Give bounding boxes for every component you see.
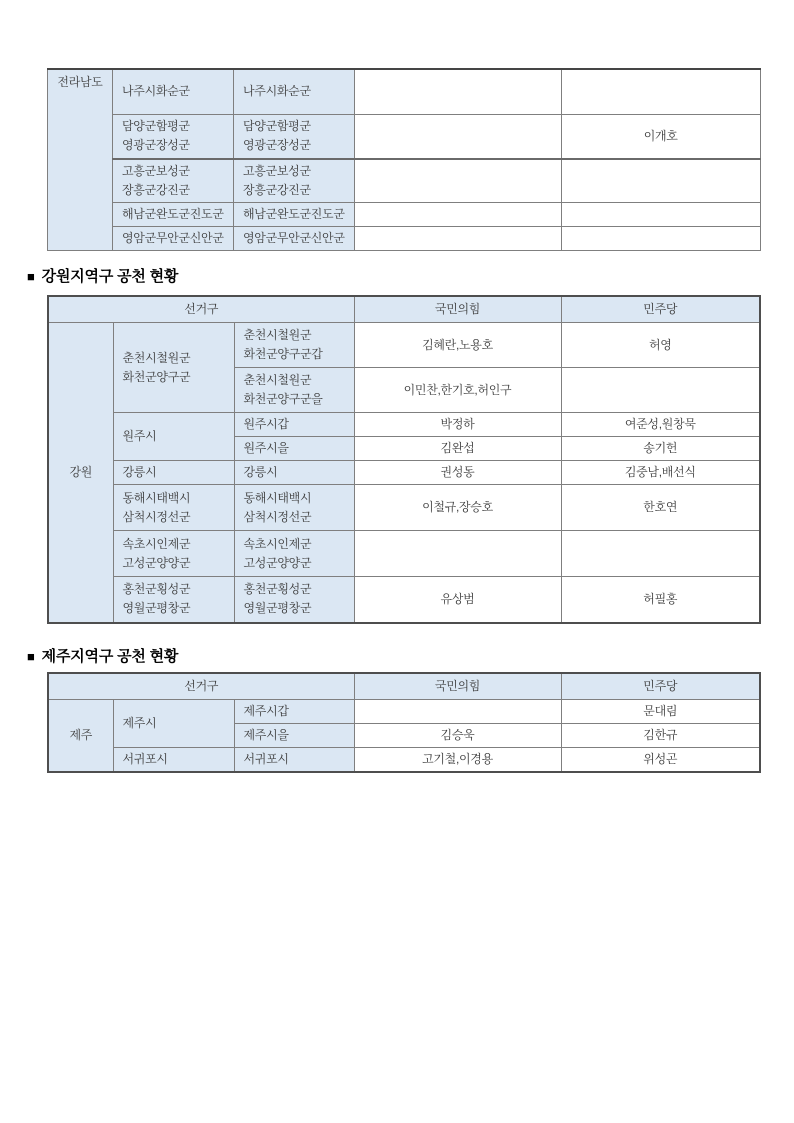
cell-text-line: 홍천군횡성군 — [123, 580, 225, 599]
cell-text-line: 장흥군강진군 — [122, 181, 224, 200]
jeju-nomination-table: 선거구국민의힘민주당제주제주시제주시갑문대림제주시을김승욱김한규서귀포시서귀포시… — [47, 672, 761, 773]
cell-text-line: 원주시을 — [244, 439, 345, 458]
district-cell: 동해시태백시삼척시정선군 — [234, 485, 354, 531]
table-row: 고흥군보성군장흥군강진군고흥군보성군장흥군강진군 — [48, 159, 761, 203]
dp-candidate-cell: 허필홍 — [561, 577, 760, 623]
cell-text-line: 강릉시 — [244, 463, 345, 482]
cell-text-line: 속초시인제군 — [244, 535, 345, 554]
district-cell: 춘천시철원군화천군양구군갑 — [234, 323, 354, 368]
district-cell: 원주시을 — [234, 437, 354, 461]
table-row: 서귀포시서귀포시고기철,이경용위성곤 — [48, 747, 760, 772]
cell-text-line: 화천군양구군 — [123, 368, 225, 387]
district-cell: 나주시화순군 — [234, 69, 355, 114]
table-row: 전라남도나주시화순군나주시화순군 — [48, 69, 761, 114]
cell-text-line: 제주시갑 — [244, 702, 345, 721]
district-cell: 서귀포시 — [234, 747, 354, 772]
table-row: 원주시원주시갑박정하여준성,원창묵 — [48, 413, 760, 437]
dp-candidate-cell — [561, 368, 760, 413]
district-cell: 고흥군보성군장흥군강진군 — [234, 159, 355, 203]
dp-candidate-cell: 허영 — [561, 323, 760, 368]
region-cell: 강원 — [48, 323, 113, 623]
ppp-candidate-cell — [354, 159, 561, 203]
cell-text-line: 나주시화순군 — [122, 82, 224, 101]
section-title-text: 강원지역구 공천 현황 — [42, 268, 179, 285]
district-group-cell: 속초시인제군고성군양양군 — [113, 531, 234, 577]
dp-candidate-cell — [561, 531, 760, 577]
cell-text-line: 영광군장성군 — [243, 136, 345, 155]
cell-text-line: 해남군완도군진도군 — [243, 205, 345, 224]
cell-text-line: 장흥군강진군 — [243, 181, 345, 200]
section-title-jeju: ■제주지역구 공천 현황 — [27, 648, 794, 666]
square-bullet-icon: ■ — [27, 269, 35, 284]
dp-candidate-cell — [561, 159, 760, 203]
section-title-gangwon: ■강원지역구 공천 현황 — [27, 268, 794, 286]
document-page: 전라남도나주시화순군나주시화순군담양군함평군영광군장성군담양군함평군영광군장성군… — [0, 68, 794, 773]
cell-text-line: 나주시화순군 — [243, 82, 345, 101]
ppp-candidate-cell: 유상범 — [354, 577, 561, 623]
district-group-cell: 서귀포시 — [113, 747, 234, 772]
header-ppp: 국민의힘 — [354, 673, 561, 700]
district-group-cell: 제주시 — [113, 699, 234, 747]
dp-candidate-cell: 김한규 — [561, 723, 760, 747]
header-ppp: 국민의힘 — [354, 296, 561, 323]
cell-text-line: 고성군양양군 — [244, 554, 345, 573]
district-cell: 홍천군횡성군영월군평창군 — [234, 577, 354, 623]
region-cell: 제주 — [48, 699, 113, 772]
table-row: 강원춘천시철원군화천군양구군춘천시철원군화천군양구군갑김혜란,노용호허영 — [48, 323, 760, 368]
district-cell: 영암군무안군신안군 — [234, 227, 355, 251]
cell-text-line: 동해시태백시 — [244, 489, 345, 508]
cell-text-line: 춘천시철원군 — [123, 349, 225, 368]
cell-text-line: 담양군함평군 — [243, 117, 345, 136]
district-cell: 강릉시 — [234, 461, 354, 485]
cell-text-line: 제주시을 — [244, 726, 345, 745]
district-cell: 속초시인제군고성군양양군 — [234, 531, 354, 577]
dp-candidate-cell: 위성곤 — [561, 747, 760, 772]
table-row: 강릉시강릉시권성동김중남,배선식 — [48, 461, 760, 485]
table-row: 동해시태백시삼척시정선군동해시태백시삼척시정선군이철규,장승호한호연 — [48, 485, 760, 531]
cell-text-line: 원주시 — [123, 427, 225, 446]
cell-text-line: 고흥군보성군 — [122, 162, 224, 181]
table-row: 담양군함평군영광군장성군담양군함평군영광군장성군이개호 — [48, 114, 761, 159]
cell-text-line: 화천군양구군갑 — [244, 345, 345, 364]
gangwon-nomination-table: 선거구국민의힘민주당강원춘천시철원군화천군양구군춘천시철원군화천군양구군갑김혜란… — [47, 295, 761, 624]
table-row: 영암군무안군신안군영암군무안군신안군 — [48, 227, 761, 251]
cell-text-line: 영월군평창군 — [244, 599, 345, 618]
dp-candidate-cell — [561, 69, 760, 114]
ppp-candidate-cell: 김승욱 — [354, 723, 561, 747]
cell-text-line: 영광군장성군 — [122, 136, 224, 155]
header-district: 선거구 — [48, 296, 354, 323]
district-group-cell: 홍천군횡성군영월군평창군 — [113, 577, 234, 623]
ppp-candidate-cell — [354, 227, 561, 251]
cell-text-line: 홍천군횡성군 — [244, 580, 345, 599]
dp-candidate-cell: 이개호 — [561, 114, 760, 159]
cell-text-line: 영암군무안군신안군 — [243, 229, 345, 248]
district-group-cell: 나주시화순군 — [113, 69, 234, 114]
district-cell: 제주시갑 — [234, 699, 354, 723]
ppp-candidate-cell — [354, 203, 561, 227]
square-bullet-icon: ■ — [27, 649, 35, 664]
district-cell: 해남군완도군진도군 — [234, 203, 355, 227]
district-group-cell: 춘천시철원군화천군양구군 — [113, 323, 234, 413]
cell-text-line: 화천군양구군을 — [244, 390, 345, 409]
cell-text-line: 동해시태백시 — [123, 489, 225, 508]
table-row: 해남군완도군진도군해남군완도군진도군 — [48, 203, 761, 227]
district-cell: 담양군함평군영광군장성군 — [234, 114, 355, 159]
cell-text-line: 춘천시철원군 — [244, 326, 345, 345]
district-cell: 제주시을 — [234, 723, 354, 747]
table-row: 홍천군횡성군영월군평창군홍천군횡성군영월군평창군유상범허필홍 — [48, 577, 760, 623]
cell-text-line: 원주시갑 — [244, 415, 345, 434]
ppp-candidate-cell: 고기철,이경용 — [354, 747, 561, 772]
ppp-candidate-cell: 김완섭 — [354, 437, 561, 461]
district-group-cell: 담양군함평군영광군장성군 — [113, 114, 234, 159]
cell-text-line: 영암군무안군신안군 — [122, 229, 224, 248]
dp-candidate-cell: 여준성,원창묵 — [561, 413, 760, 437]
section-title-text: 제주지역구 공천 현황 — [42, 648, 179, 665]
district-cell: 춘천시철원군화천군양구군을 — [234, 368, 354, 413]
ppp-candidate-cell — [354, 531, 561, 577]
cell-text-line: 해남군완도군진도군 — [122, 205, 224, 224]
table-header-row: 선거구국민의힘민주당 — [48, 296, 760, 323]
ppp-candidate-cell — [354, 69, 561, 114]
header-dp: 민주당 — [561, 673, 760, 700]
ppp-candidate-cell: 이민찬,한기호,허인구 — [354, 368, 561, 413]
cell-text-line: 고흥군보성군 — [243, 162, 345, 181]
cell-text-line: 강릉시 — [123, 463, 225, 482]
cell-text-line: 삼척시정선군 — [244, 508, 345, 527]
district-group-cell: 강릉시 — [113, 461, 234, 485]
dp-candidate-cell: 김중남,배선식 — [561, 461, 760, 485]
district-group-cell: 원주시 — [113, 413, 234, 461]
dp-candidate-cell — [561, 227, 760, 251]
ppp-candidate-cell — [354, 699, 561, 723]
district-group-cell: 해남군완도군진도군 — [113, 203, 234, 227]
region-cell: 전라남도 — [48, 69, 113, 251]
district-group-cell: 고흥군보성군장흥군강진군 — [113, 159, 234, 203]
cell-text-line: 영월군평창군 — [123, 599, 225, 618]
ppp-candidate-cell — [354, 114, 561, 159]
cell-text-line: 춘천시철원군 — [244, 371, 345, 390]
ppp-candidate-cell: 권성동 — [354, 461, 561, 485]
dp-candidate-cell: 송기헌 — [561, 437, 760, 461]
table-header-row: 선거구국민의힘민주당 — [48, 673, 760, 700]
cell-text-line: 제주시 — [123, 714, 225, 733]
header-dp: 민주당 — [561, 296, 760, 323]
district-cell: 원주시갑 — [234, 413, 354, 437]
ppp-candidate-cell: 이철규,장승호 — [354, 485, 561, 531]
table-row: 속초시인제군고성군양양군속초시인제군고성군양양군 — [48, 531, 760, 577]
dp-candidate-cell: 한호연 — [561, 485, 760, 531]
header-district: 선거구 — [48, 673, 354, 700]
district-group-cell: 영암군무안군신안군 — [113, 227, 234, 251]
jeonnam-nomination-table: 전라남도나주시화순군나주시화순군담양군함평군영광군장성군담양군함평군영광군장성군… — [47, 68, 761, 251]
ppp-candidate-cell: 김혜란,노용호 — [354, 323, 561, 368]
dp-candidate-cell: 문대림 — [561, 699, 760, 723]
cell-text-line: 서귀포시 — [123, 750, 225, 769]
cell-text-line: 삼척시정선군 — [123, 508, 225, 527]
cell-text-line: 서귀포시 — [244, 750, 345, 769]
cell-text-line: 고성군양양군 — [123, 554, 225, 573]
table-row: 제주제주시제주시갑문대림 — [48, 699, 760, 723]
district-group-cell: 동해시태백시삼척시정선군 — [113, 485, 234, 531]
cell-text-line: 담양군함평군 — [122, 117, 224, 136]
dp-candidate-cell — [561, 203, 760, 227]
cell-text-line: 속초시인제군 — [123, 535, 225, 554]
ppp-candidate-cell: 박정하 — [354, 413, 561, 437]
